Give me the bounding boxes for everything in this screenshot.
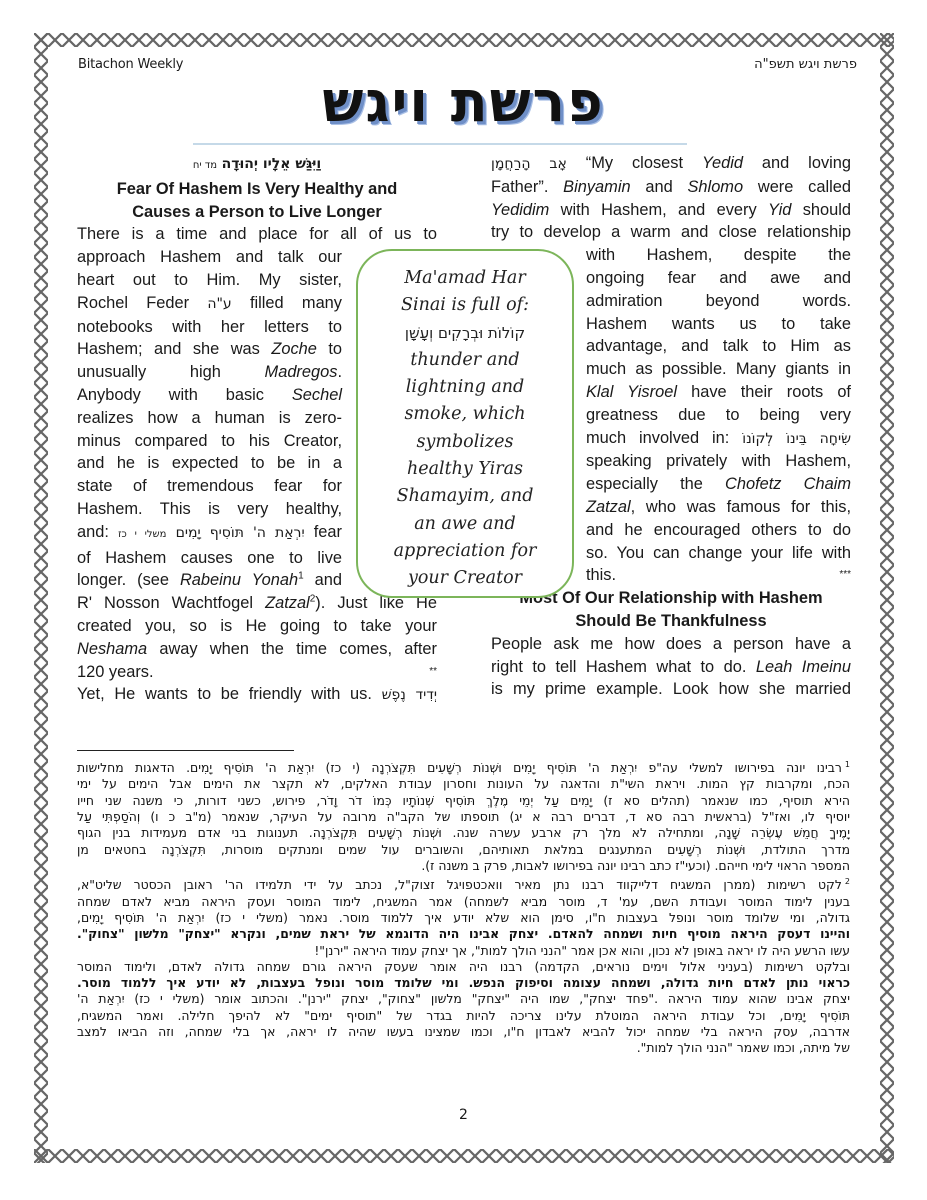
pull-quote-line: thunder and <box>358 347 572 374</box>
verse-reference: משלי י כז <box>118 529 166 540</box>
footnote-1-line: יָמֶיךָ חֲמֵשׁ עֶשְׂרֵה שָׁנָה, ומתחילה … <box>77 825 850 841</box>
section-separator: *** <box>839 564 851 587</box>
footnote-2-line: אדרבה, עסק היראה בלי שמחה יכול להביא לאב… <box>77 1024 850 1040</box>
body-line: admiration beyond words. <box>586 290 851 313</box>
footnote-2-line: עשו הרשע היה לו יראה באופן לא נכון, והוא… <box>77 943 850 959</box>
body-line: Hashem. This is very healthy, <box>77 498 342 521</box>
border-right <box>880 33 894 1163</box>
body-line: minus compared to his Creator, <box>77 430 342 453</box>
body-line: ongoing fear and awe and <box>586 267 851 290</box>
title-divider <box>193 143 687 145</box>
body-line: Hashem wants us to take <box>586 313 851 336</box>
body-line: Yedidim with Hashem, and every Yid shoul… <box>491 199 851 222</box>
hebrew-verse: יִרְאַת ה' תּוֹסִיף יָמִים <box>176 525 305 541</box>
pull-quote-line: healthy Yiras <box>358 456 572 483</box>
body-line: state of tremendous fear for <box>77 475 342 498</box>
body-line: of Hashem causes one to live <box>77 547 342 570</box>
footnote-1-line: הכח, ומקרבות קץ המות. ויראת השי"ת והדאגה… <box>77 776 850 792</box>
footnote-2-line: יצחק אבינו שהוא עמוד היראה ."פחד יצחק", … <box>77 991 850 1007</box>
body-line: unusually high Madregos. <box>77 361 342 384</box>
body-line: much as possible. Many giants in <box>586 358 851 381</box>
body-line: especially the Chofetz Chaim <box>586 473 851 496</box>
footnote-1-line: מדרך התולדת, וּשְׁנוֹת רְשָׁעִים המתענגי… <box>77 842 850 858</box>
body-line: אָב הָרַחֲמָן “My closest Yedid and lovi… <box>491 152 851 176</box>
body-line: this.*** <box>586 564 851 587</box>
border-top <box>34 33 894 47</box>
pull-quote-line: Shamayim, and <box>358 483 572 510</box>
pull-quote-box: Ma'amad Har Sinai is full of: קוֹלוֹת וּ… <box>356 249 574 598</box>
body-line: speaking privately with Hashem, <box>586 450 851 473</box>
footnote-1-line: יוסיף לו, ואז"ל (בראשית רבה סא ד, דברים … <box>77 809 850 825</box>
body-line: Zatzal, who was famous for this, <box>586 496 851 519</box>
pull-quote-line: your Creator <box>358 565 572 592</box>
page-number: 2 <box>0 1107 927 1123</box>
body-line: Father”. Binyamin and Shlomo were called <box>491 176 851 199</box>
body-line: People ask me how does a person have a <box>491 633 851 656</box>
footnote-marker-1: 1 <box>845 760 850 769</box>
body-line: 120 years.** <box>77 661 437 684</box>
body-line: so. You can change your life with <box>586 542 851 565</box>
hebrew-text: אָב הָרַחֲמָן <box>491 156 567 172</box>
footnote-marker-2: 2 <box>845 877 850 886</box>
pull-quote-line: Sinai is full of: <box>358 292 572 319</box>
verse-reference: מד יח <box>193 160 217 171</box>
hebrew-text: ע"ה <box>207 296 231 312</box>
body-line: and he encouraged others to do <box>586 519 851 542</box>
body-line: heart out to Him. My sister, <box>77 269 342 292</box>
footnote-separator <box>77 750 294 751</box>
verse-line: וַיִּגַּשׁ אֵלָיו יְהוּדָה מד יח <box>77 152 437 178</box>
body-line: Neshama away when the time comes, after <box>77 638 437 661</box>
footnote-2-line: כראוי נותן לאדם חיות גדולה, ושמחה עצומה … <box>77 975 850 991</box>
pull-quote-line: smoke, which <box>358 401 572 428</box>
pull-quote-line: symbolizes <box>358 429 572 456</box>
article-heading-line-2: Should Be Thankfulness <box>491 610 851 633</box>
body-line: try to develop a warm and close relation… <box>491 221 851 244</box>
body-line: greatness due to being very <box>586 404 851 427</box>
body-line: Anybody with basic Sechel <box>77 384 342 407</box>
border-bottom <box>34 1149 894 1163</box>
footnote-1-line: הירא תוסיף, כמו שנאמר (תהלים סא ז) יָמִי… <box>77 793 850 809</box>
body-line: Rochel Feder ע"ה filled many <box>77 292 342 316</box>
border-left <box>34 33 48 1163</box>
footnote-2-line: תּוֹסִיף יָמִים, וכל עבודת היראה המוטלת … <box>77 1008 850 1024</box>
footnote-2-line: בענין לימוד המוסר ועבודת השם, עמ' ד, מוס… <box>77 894 850 910</box>
footnote-2-line: גדולה, ומי שלומד מוסר ונופל בעצבות ח"ו, … <box>77 910 850 926</box>
body-line: is my prime example. Look how she marrie… <box>491 678 851 701</box>
body-line: Hashem; and she was Zoche to <box>77 338 342 361</box>
body-line: with Hashem, despite the <box>586 244 851 267</box>
body-line: much involved in: שִׂיחָה בֵּינוֹ לְקוֹנ… <box>586 427 851 451</box>
footnote-2-line: והיינו דעסק היראה מוסיף חיות ושמחה להאדם… <box>77 926 850 942</box>
article-heading-line-1: Fear Of Hashem Is Very Healthy and <box>77 178 437 201</box>
footnote-1-line: 1רבינו יונה בפירושו למשלי עה"פ יִרְאַת ה… <box>77 757 850 776</box>
pull-quote-line: an awe and <box>358 511 572 538</box>
footnote-2-line: של מיתה, וכמו שאמר "הנני הולך למות". <box>77 1040 850 1056</box>
body-line: notebooks with her letters to <box>77 316 342 339</box>
body-line: advantage, and talk to Him as <box>586 335 851 358</box>
body-line: Klal Yisroel have their roots of <box>586 381 851 404</box>
hebrew-text: שִׂיחָה בֵּינוֹ לְקוֹנוֹ <box>742 431 851 447</box>
footnotes-section: 1רבינו יונה בפירושו למשלי עה"פ יִרְאַת ה… <box>77 757 850 1057</box>
section-separator: ** <box>429 661 437 684</box>
pull-quote-hebrew: קוֹלוֹת וּבְרָקִים וְעָשָׁן <box>358 320 572 347</box>
body-line: right to tell Hashem what to do. Leah Im… <box>491 656 851 679</box>
body-line: There is a time and place for all of us … <box>77 223 437 246</box>
hebrew-text: יְדִיד נֶפֶשׁ <box>382 687 437 703</box>
body-line: and: יִרְאַת ה' תּוֹסִיף יָמִים משלי י כ… <box>77 521 342 547</box>
footnote-2-line: ובלקט רשימות (בעניני אלול וימים נוראים, … <box>77 959 850 975</box>
body-line: realizes how a human is zero- <box>77 407 342 430</box>
verse-text: וַיִּגַּשׁ אֵלָיו יְהוּדָה <box>222 156 322 172</box>
pull-quote-line: appreciation for <box>358 538 572 565</box>
body-line: Yet, He wants to be friendly with us. יְ… <box>77 683 437 707</box>
body-line: longer. (see Rabeinu Yonah1 and <box>77 569 342 592</box>
pull-quote-line: lightning and <box>358 374 572 401</box>
body-line: and he is expected to be in a <box>77 452 342 475</box>
article-heading-line-2: Causes a Person to Live Longer <box>77 201 437 224</box>
pull-quote-line: Ma'amad Har <box>358 265 572 292</box>
body-line: approach Hashem and talk our <box>77 246 342 269</box>
body-line: created you, so is He going to take your <box>77 615 437 638</box>
footnote-2-line: 2לקט רשימות (ממרן המשגיח דלייקווד רבנו נ… <box>77 874 850 893</box>
footnote-1-line: המספר הראוי לימי חייהם. (וכעי"ז כתב רבינ… <box>77 858 850 874</box>
page-title: פרשת ויגש <box>0 68 927 134</box>
